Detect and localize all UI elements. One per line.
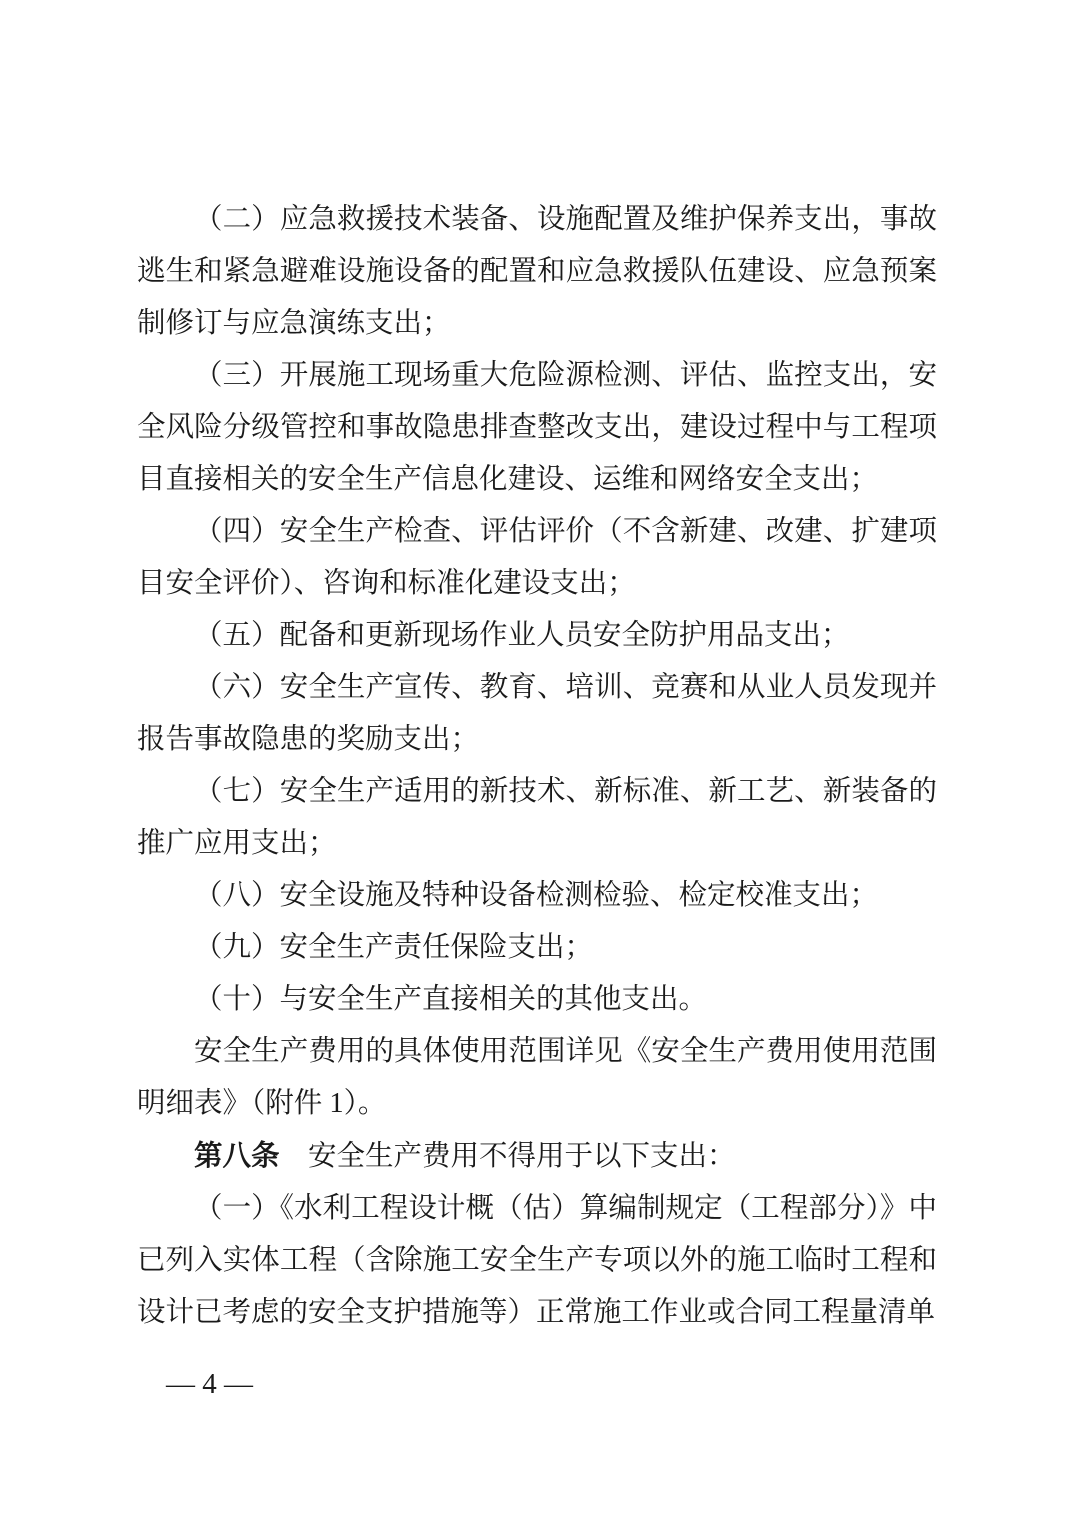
- paragraph-item-9: （九）安全生产责任保险支出；: [137, 922, 937, 974]
- paragraph-item-8: （八）安全设施及特种设备检测检验、检定校准支出；: [137, 870, 937, 922]
- paragraph-item-2: （二）应急救援技术装备、设施配置及维护保养支出，事故逃生和紧急避难设施设备的配置…: [137, 194, 937, 350]
- paragraph-article-8: 第八条安全生产费用不得用于以下支出：: [137, 1130, 937, 1183]
- document-page: （二）应急救援技术装备、设施配置及维护保养支出，事故逃生和紧急避难设施设备的配置…: [0, 0, 1074, 1520]
- paragraph-item-10: （十）与安全生产直接相关的其他支出。: [137, 974, 937, 1026]
- paragraph-item-3: （三）开展施工现场重大危险源检测、评估、监控支出，安全风险分级管控和事故隐患排查…: [137, 350, 937, 506]
- page-number: — 4 —: [166, 1368, 253, 1400]
- paragraph-usage-scope-note: 安全生产费用的具体使用范围详见《安全生产费用使用范围明细表》（附件 1）。: [137, 1026, 937, 1130]
- paragraph-item-1: （一）《水利工程设计概（估）算编制规定（工程部分）》中已列入实体工程（含除施工安…: [137, 1183, 937, 1339]
- article-8-heading: 第八条: [194, 1140, 280, 1172]
- paragraph-item-4: （四）安全生产检查、评估评价（不含新建、改建、扩建项目安全评价）、咨询和标准化建…: [137, 506, 937, 610]
- paragraph-item-5: （五）配备和更新现场作业人员安全防护用品支出；: [137, 610, 937, 662]
- document-body: （二）应急救援技术装备、设施配置及维护保养支出，事故逃生和紧急避难设施设备的配置…: [137, 194, 937, 1339]
- page-footer: — 4 —: [166, 1358, 253, 1410]
- article-8-text: 安全生产费用不得用于以下支出：: [308, 1141, 736, 1172]
- paragraph-item-7: （七）安全生产适用的新技术、新标准、新工艺、新装备的推广应用支出；: [137, 766, 937, 870]
- paragraph-item-6: （六）安全生产宣传、教育、培训、竞赛和从业人员发现并报告事故隐患的奖励支出；: [137, 662, 937, 766]
